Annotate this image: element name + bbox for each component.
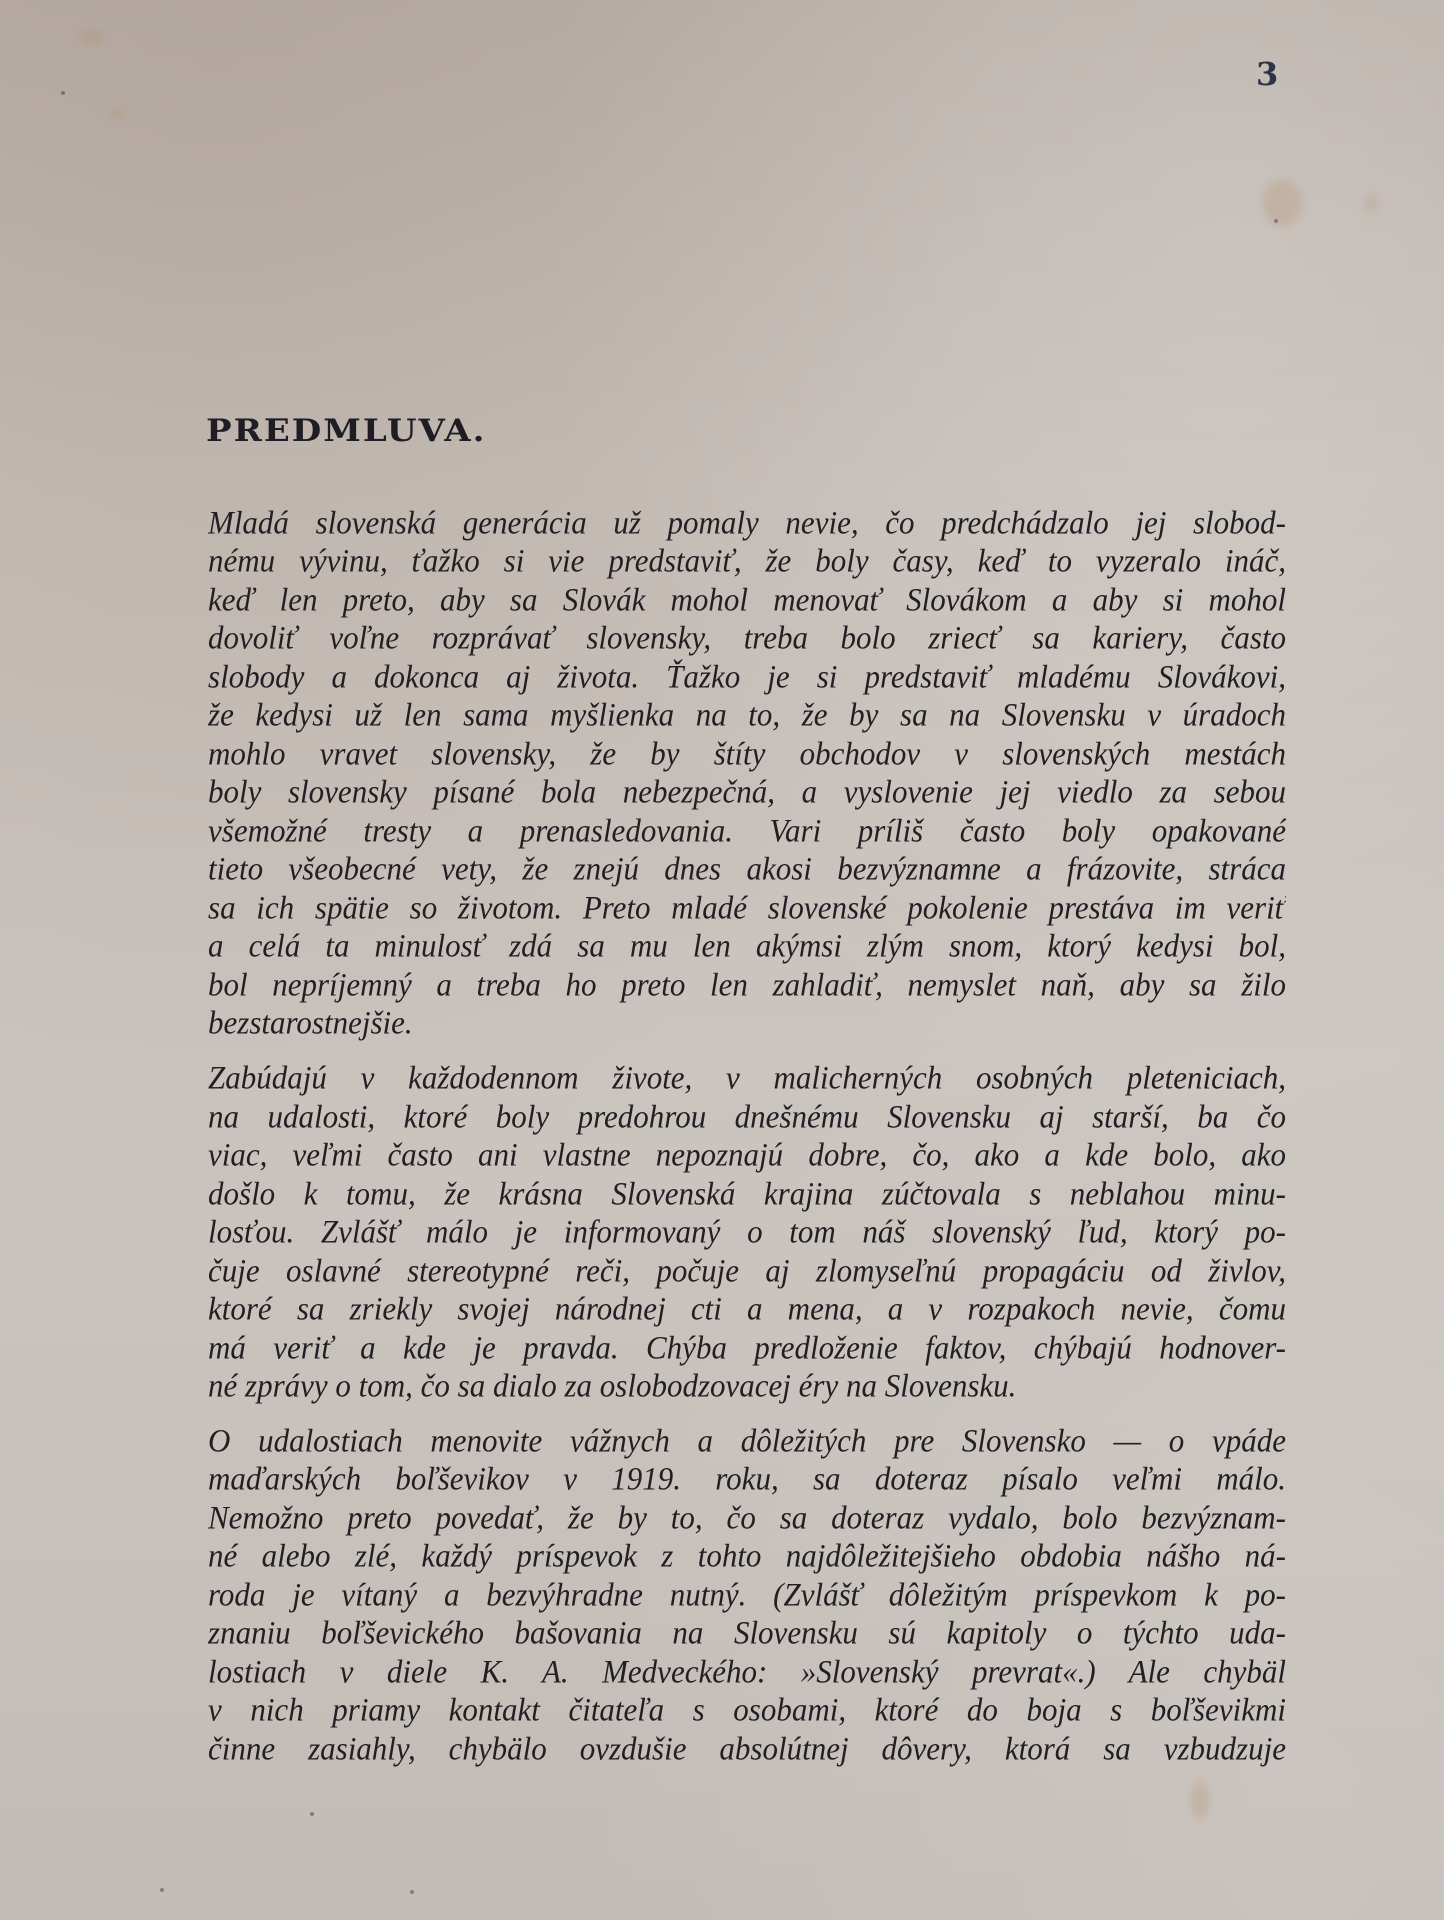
text-line: a celá ta minulosť zdá sa mu len akýmsi … bbox=[208, 927, 1286, 965]
paper-stain bbox=[110, 108, 124, 118]
text-line-content: že kedysi už len sama myšlienka na to, ž… bbox=[208, 696, 1286, 734]
text-line: nému vývinu, ťažko si vie predstaviť, že… bbox=[208, 542, 1286, 580]
text-line: dovoliť voľne rozprávať slovensky, treba… bbox=[208, 619, 1286, 657]
text-line: viac, veľmi často ani vlastne nepoznajú … bbox=[208, 1136, 1286, 1174]
text-line: maďarských boľševikov v 1919. roku, sa d… bbox=[208, 1460, 1286, 1498]
text-line-content: Nemožno preto povedať, že by to, čo sa d… bbox=[208, 1499, 1286, 1537]
text-line-content: mohlo vravet slovensky, že by štíty obch… bbox=[208, 735, 1286, 773]
text-line-content: boly slovensky písané bola nebezpečná, a… bbox=[208, 773, 1286, 811]
text-line: všemožné tresty a prenasledovania. Vari … bbox=[208, 812, 1286, 850]
paper-speck bbox=[61, 91, 65, 95]
text-line-content: O udalostiach menovite vážnych a dôležit… bbox=[208, 1422, 1286, 1460]
text-line: došlo k tomu, že krásna Slovenská krajin… bbox=[208, 1175, 1286, 1213]
text-line: Nemožno preto povedať, že by to, čo sa d… bbox=[208, 1499, 1286, 1537]
text-line: né zprávy o tom, čo sa dialo za oslobodz… bbox=[208, 1367, 1286, 1405]
text-line: mohlo vravet slovensky, že by štíty obch… bbox=[208, 735, 1286, 773]
text-line-content: tieto všeobecné vety, že znejú dnes akos… bbox=[208, 850, 1286, 888]
text-line: bezstarostnejšie. bbox=[208, 1004, 1286, 1042]
text-line-content: maďarských boľševikov v 1919. roku, sa d… bbox=[208, 1460, 1286, 1498]
text-line-content: sa ich spätie so životom. Preto mladé sl… bbox=[208, 889, 1286, 927]
text-line: boly slovensky písané bola nebezpečná, a… bbox=[208, 773, 1286, 811]
text-line-content: Mladá slovenská generácia už pomaly nevi… bbox=[208, 504, 1286, 542]
chapter-heading: PREDMLUVA. bbox=[206, 416, 487, 447]
text-line-content: na udalosti, ktoré boly predohrou dnešné… bbox=[208, 1098, 1286, 1136]
paper-speck bbox=[1274, 219, 1278, 223]
text-line: sa ich spätie so životom. Preto mladé sl… bbox=[208, 889, 1286, 927]
text-line: má veriť a kde je pravda. Chýba predlože… bbox=[208, 1329, 1286, 1367]
text-line: losťou. Zvlášť málo je informovaný o tom… bbox=[208, 1213, 1286, 1251]
text-line: činne zasiahly, chybälo ovzdušie absolút… bbox=[208, 1730, 1286, 1768]
text-line-content: bezstarostnejšie. bbox=[208, 1004, 1286, 1042]
text-line-content: né zprávy o tom, čo sa dialo za oslobodz… bbox=[208, 1367, 1286, 1405]
text-line: keď len preto, aby sa Slovák mohol menov… bbox=[208, 581, 1286, 619]
text-line-content: Zabúdajú v každodennom živote, v maliche… bbox=[208, 1059, 1286, 1097]
text-line: lostiach v diele K. A. Medveckého: »Slov… bbox=[208, 1653, 1286, 1691]
paper-stain bbox=[80, 30, 102, 44]
text-line-content: roda je vítaný a bezvýhradne nutný. (Zvl… bbox=[208, 1576, 1286, 1614]
text-line: tieto všeobecné vety, že znejú dnes akos… bbox=[208, 850, 1286, 888]
text-line-content: slobody a dokonca aj života. Ťažko je si… bbox=[208, 658, 1286, 696]
text-line: slobody a dokonca aj života. Ťažko je si… bbox=[208, 658, 1286, 696]
text-line: čuje oslavné stereotypné reči, počuje aj… bbox=[208, 1252, 1286, 1290]
paper-speck bbox=[410, 1890, 414, 1894]
text-line: ktoré sa zriekly svojej národnej cti a m… bbox=[208, 1290, 1286, 1328]
text-line-content: znaniu boľševického bašovania na Slovens… bbox=[208, 1614, 1286, 1652]
text-line: Zabúdajú v každodennom živote, v maliche… bbox=[208, 1059, 1286, 1097]
text-line: v nich priamy kontakt čitateľa s osobami… bbox=[208, 1691, 1286, 1729]
paper-stain bbox=[1190, 1780, 1210, 1820]
text-line: na udalosti, ktoré boly predohrou dnešné… bbox=[208, 1098, 1286, 1136]
paper-stain bbox=[1365, 195, 1377, 211]
text-line-content: viac, veľmi často ani vlastne nepoznajú … bbox=[208, 1136, 1286, 1174]
text-line-content: nému vývinu, ťažko si vie predstaviť, že… bbox=[208, 542, 1286, 580]
text-line-content: ktoré sa zriekly svojej národnej cti a m… bbox=[208, 1290, 1286, 1328]
book-page: 3 PREDMLUVA. Mladá slovenská generácia u… bbox=[0, 0, 1444, 1920]
text-line-content: má veriť a kde je pravda. Chýba predlože… bbox=[208, 1329, 1286, 1367]
text-line: né alebo zlé, každý príspevok z tohto na… bbox=[208, 1537, 1286, 1575]
text-line-content: a celá ta minulosť zdá sa mu len akýmsi … bbox=[208, 927, 1286, 965]
page-number: 3 bbox=[1256, 58, 1278, 90]
text-line-content: všemožné tresty a prenasledovania. Vari … bbox=[208, 812, 1286, 850]
text-line: Mladá slovenská generácia už pomaly nevi… bbox=[208, 504, 1286, 542]
text-line: že kedysi už len sama myšlienka na to, ž… bbox=[208, 696, 1286, 734]
text-line-content: činne zasiahly, chybälo ovzdušie absolút… bbox=[208, 1730, 1286, 1768]
text-line-content: čuje oslavné stereotypné reči, počuje aj… bbox=[208, 1252, 1286, 1290]
text-line: O udalostiach menovite vážnych a dôležit… bbox=[208, 1422, 1286, 1460]
text-line-content: dovoliť voľne rozprávať slovensky, treba… bbox=[208, 619, 1286, 657]
paper-stain bbox=[1262, 180, 1302, 226]
text-line: bol nepríjemný a treba ho preto len zahl… bbox=[208, 966, 1286, 1004]
text-line-content: bol nepríjemný a treba ho preto len zahl… bbox=[208, 966, 1286, 1004]
text-line-content: losťou. Zvlášť málo je informovaný o tom… bbox=[208, 1213, 1286, 1251]
paper-speck bbox=[160, 1888, 164, 1892]
text-line: roda je vítaný a bezvýhradne nutný. (Zvl… bbox=[208, 1576, 1286, 1614]
text-line: znaniu boľševického bašovania na Slovens… bbox=[208, 1614, 1286, 1652]
text-line-content: lostiach v diele K. A. Medveckého: »Slov… bbox=[208, 1653, 1286, 1691]
text-line-content: v nich priamy kontakt čitateľa s osobami… bbox=[208, 1691, 1286, 1729]
paper-speck bbox=[310, 1812, 314, 1816]
text-line-content: došlo k tomu, že krásna Slovenská krajin… bbox=[208, 1175, 1286, 1213]
text-line-content: keď len preto, aby sa Slovák mohol menov… bbox=[208, 581, 1286, 619]
text-line-content: né alebo zlé, každý príspevok z tohto na… bbox=[208, 1537, 1286, 1575]
